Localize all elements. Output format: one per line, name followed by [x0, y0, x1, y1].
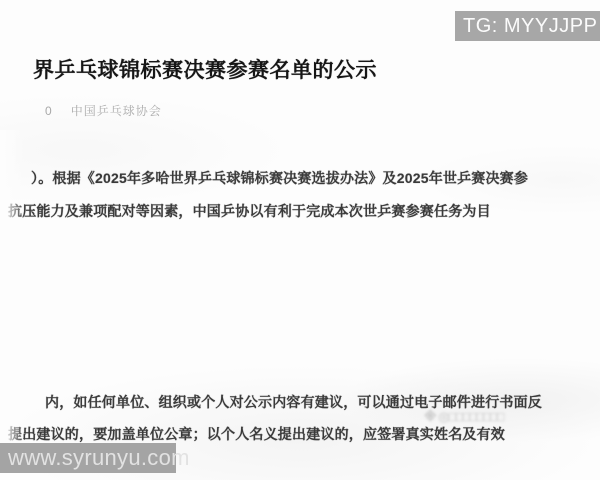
site-url-watermark-bar: www.syrunyu.com: [0, 443, 176, 473]
telegram-watermark-text: TG: MYYJJPP: [463, 15, 597, 37]
document-meta-line: 0中国乒乓球协会: [45, 102, 162, 119]
left-edge-scan-fade: [0, 130, 24, 460]
meta-date-fragment: 0: [45, 104, 53, 118]
faint-handle-watermark: ※ ◎□□□□□□□□: [424, 409, 600, 425]
meta-publisher: 中国乒乓球协会: [71, 104, 162, 118]
site-url-watermark-text: www.syrunyu.com: [8, 445, 190, 470]
scanned-document-image: TG: MYYJJPP 界乒乓球锦标赛决赛参赛名单的公示 0中国乒乓球协会 ）。…: [0, 0, 600, 480]
paragraph1-line2: 抗压能力及兼项配对等因素，中国乒协以有利于完成本次世乒赛参赛任务为目: [8, 201, 491, 221]
paragraph1-line1: ）。根据《2025年多哈世界乒乓球锦标赛决赛选拔办法》及2025年世乒赛决赛参: [31, 168, 528, 188]
paragraph2-line2: 提出建议的，要加盖单位公章；以个人名义提出建议的，应签署真实姓名及有效: [8, 424, 505, 444]
document-title: 界乒乓球锦标赛决赛参赛名单的公示: [33, 54, 377, 84]
telegram-watermark-badge: TG: MYYJJPP: [455, 11, 600, 41]
